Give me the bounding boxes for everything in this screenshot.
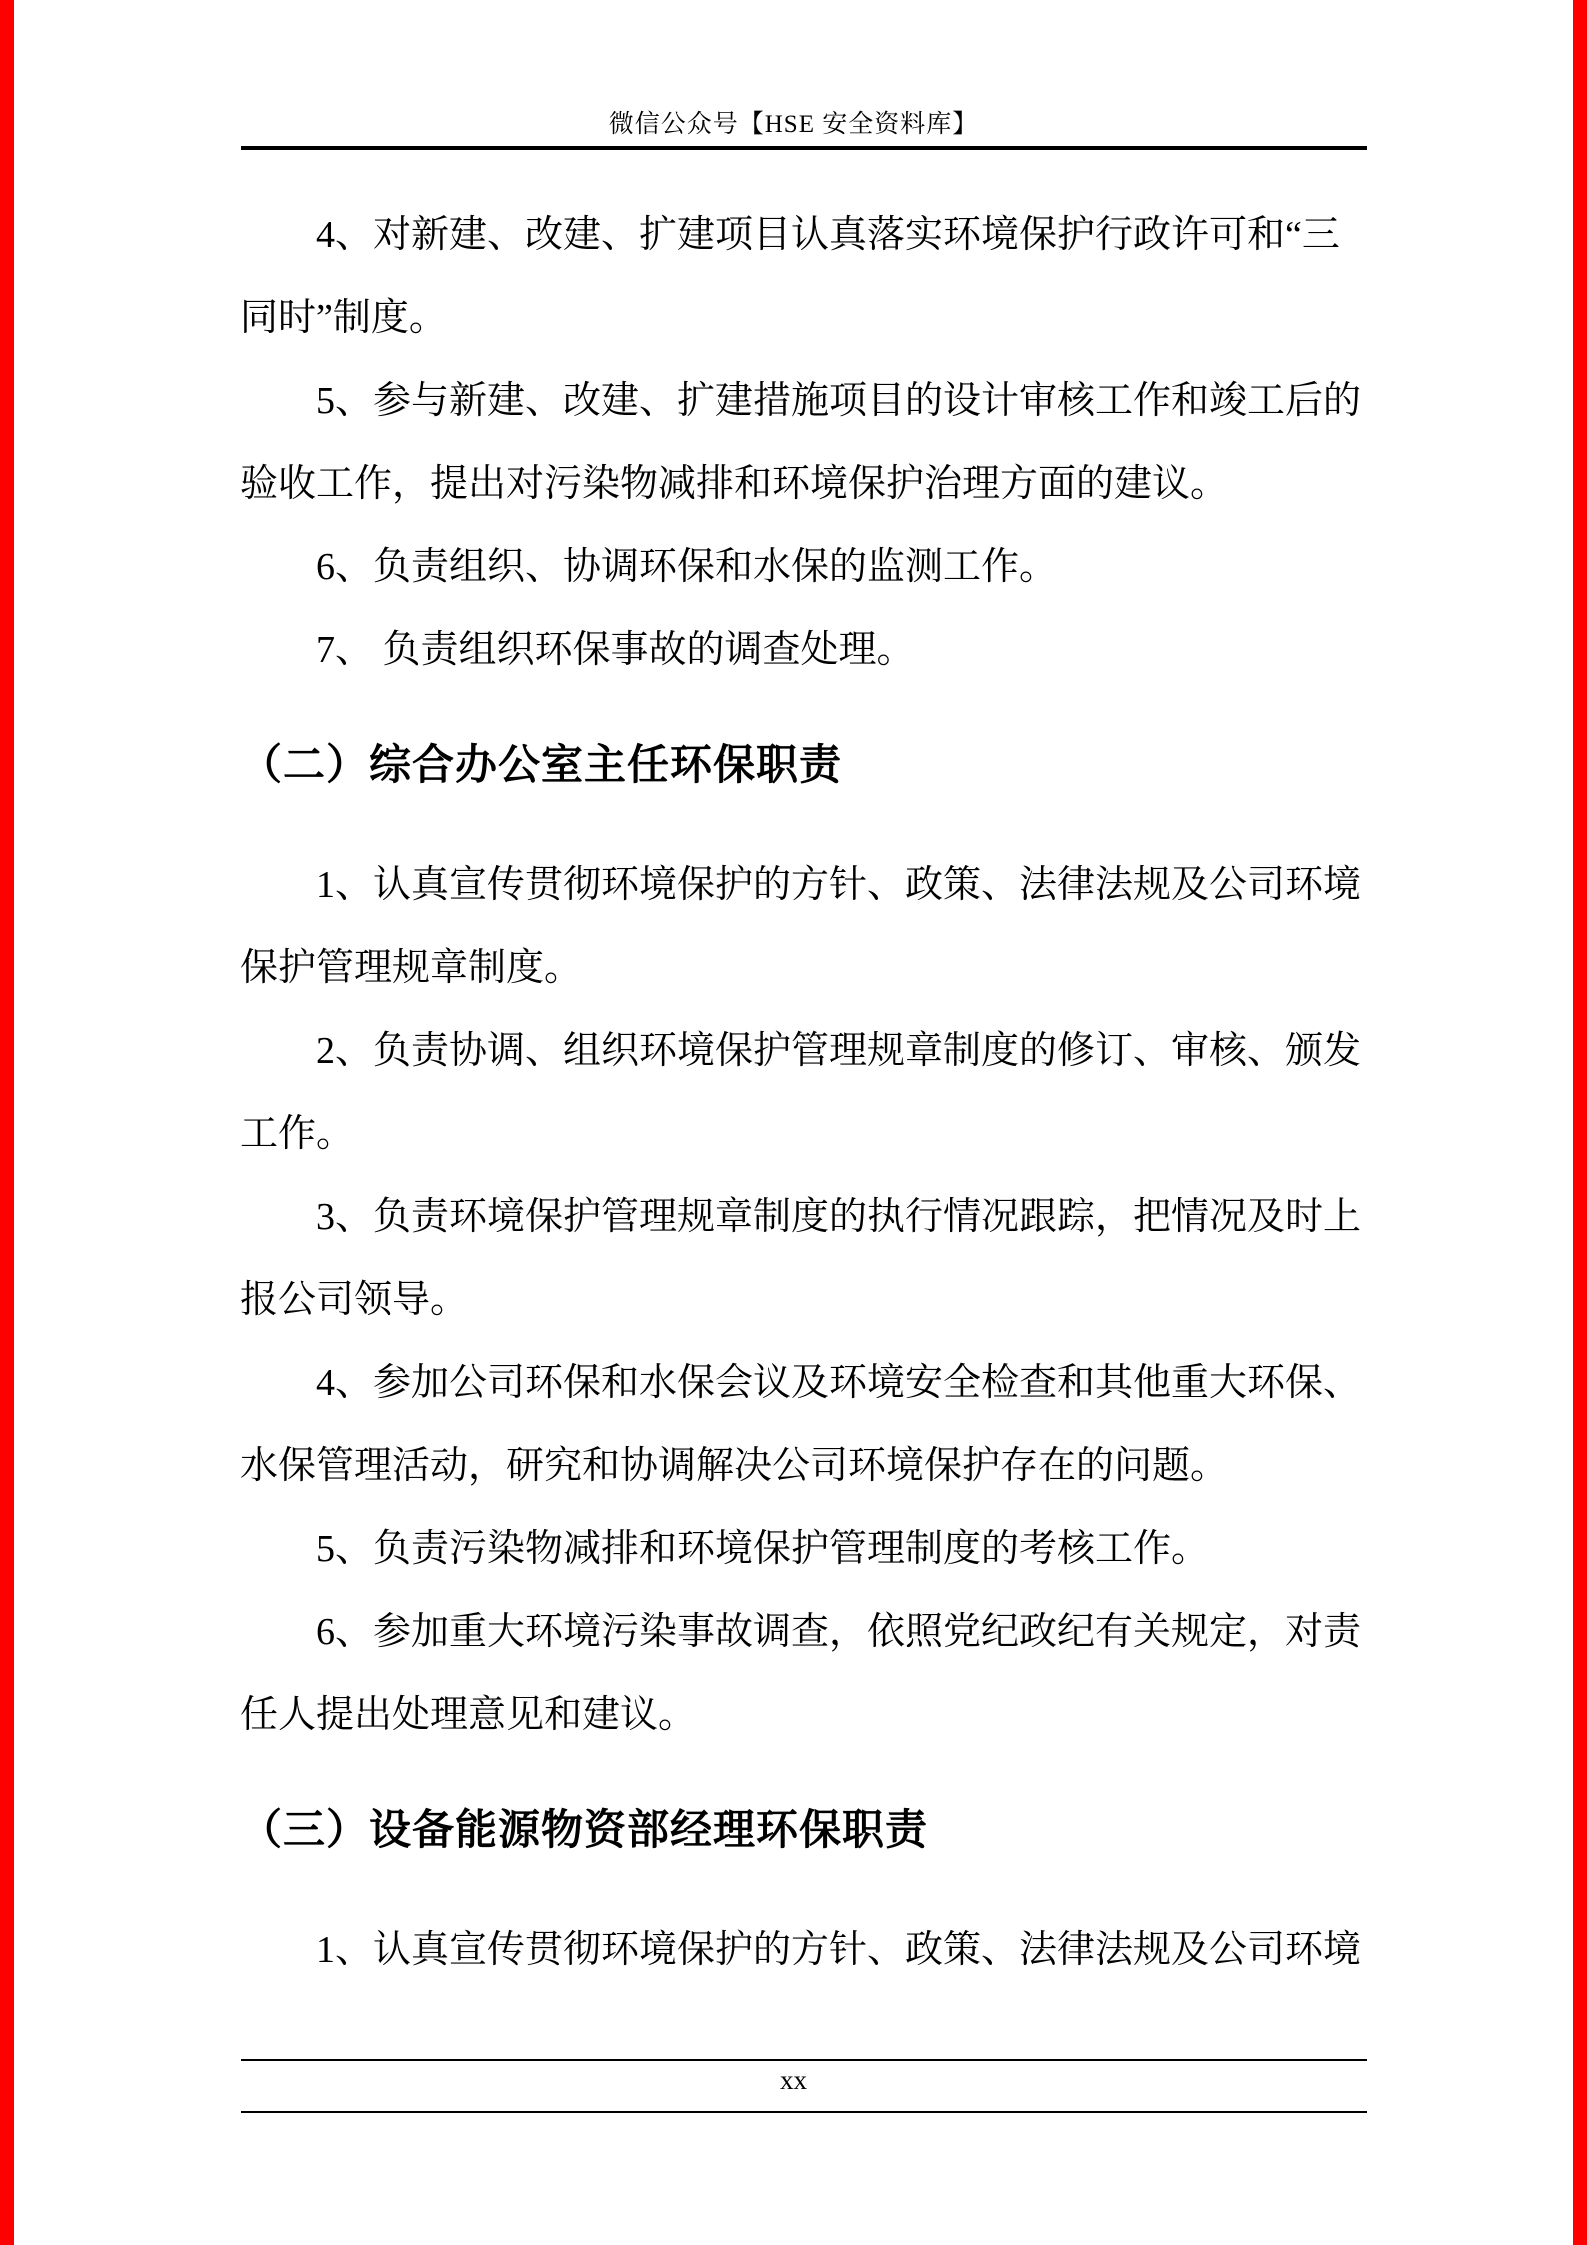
body-line: 6、负责组织、协调环保和水保的监测工作。 <box>240 546 1400 590</box>
body-line: 1、认真宣传贯彻环境保护的方针、政策、法律法规及公司环境 <box>240 864 1400 908</box>
document-body: 4、对新建、改建、扩建项目认真落实环境保护行政许可和“三同时”制度。5、参与新建… <box>0 0 1587 2245</box>
page: 微信公众号【HSE 安全资料库】 4、对新建、改建、扩建项目认真落实环境保护行政… <box>0 0 1587 2245</box>
page-number: xx <box>230 2066 1357 2096</box>
body-line: 5、负责污染物减排和环境保护管理制度的考核工作。 <box>240 1528 1400 1572</box>
body-line: 7、 负责组织环保事故的调查处理。 <box>240 629 1400 673</box>
body-line: 报公司领导。 <box>240 1279 1400 1323</box>
body-line: 保护管理规章制度。 <box>240 947 1400 991</box>
footer-rule-top <box>241 2059 1367 2061</box>
section-heading: （三）设备能源物资部经理环保职责 <box>240 1807 1400 1855</box>
body-line: 工作。 <box>240 1113 1400 1157</box>
body-line: 4、参加公司环保和水保会议及环境安全检查和其他重大环保、 <box>240 1362 1400 1406</box>
body-line: 任人提出处理意见和建议。 <box>240 1694 1400 1738</box>
body-line: 同时”制度。 <box>240 297 1400 341</box>
body-line: 水保管理活动，研究和协调解决公司环境保护存在的问题。 <box>240 1445 1400 1489</box>
body-line: 6、参加重大环境污染事故调查，依照党纪政纪有关规定，对责 <box>240 1611 1400 1655</box>
body-line: 4、对新建、改建、扩建项目认真落实环境保护行政许可和“三 <box>240 214 1400 258</box>
footer-rule-bottom <box>241 2111 1367 2113</box>
body-line: 1、认真宣传贯彻环境保护的方针、政策、法律法规及公司环境 <box>240 1929 1400 1973</box>
body-line: 3、负责环境保护管理规章制度的执行情况跟踪，把情况及时上 <box>240 1196 1400 1240</box>
section-heading: （二）综合办公室主任环保职责 <box>240 742 1400 790</box>
body-line: 2、负责协调、组织环境保护管理规章制度的修订、审核、颁发 <box>240 1030 1400 1074</box>
body-line: 5、参与新建、改建、扩建措施项目的设计审核工作和竣工后的 <box>240 380 1400 424</box>
body-line: 验收工作，提出对污染物减排和环境保护治理方面的建议。 <box>240 463 1400 507</box>
